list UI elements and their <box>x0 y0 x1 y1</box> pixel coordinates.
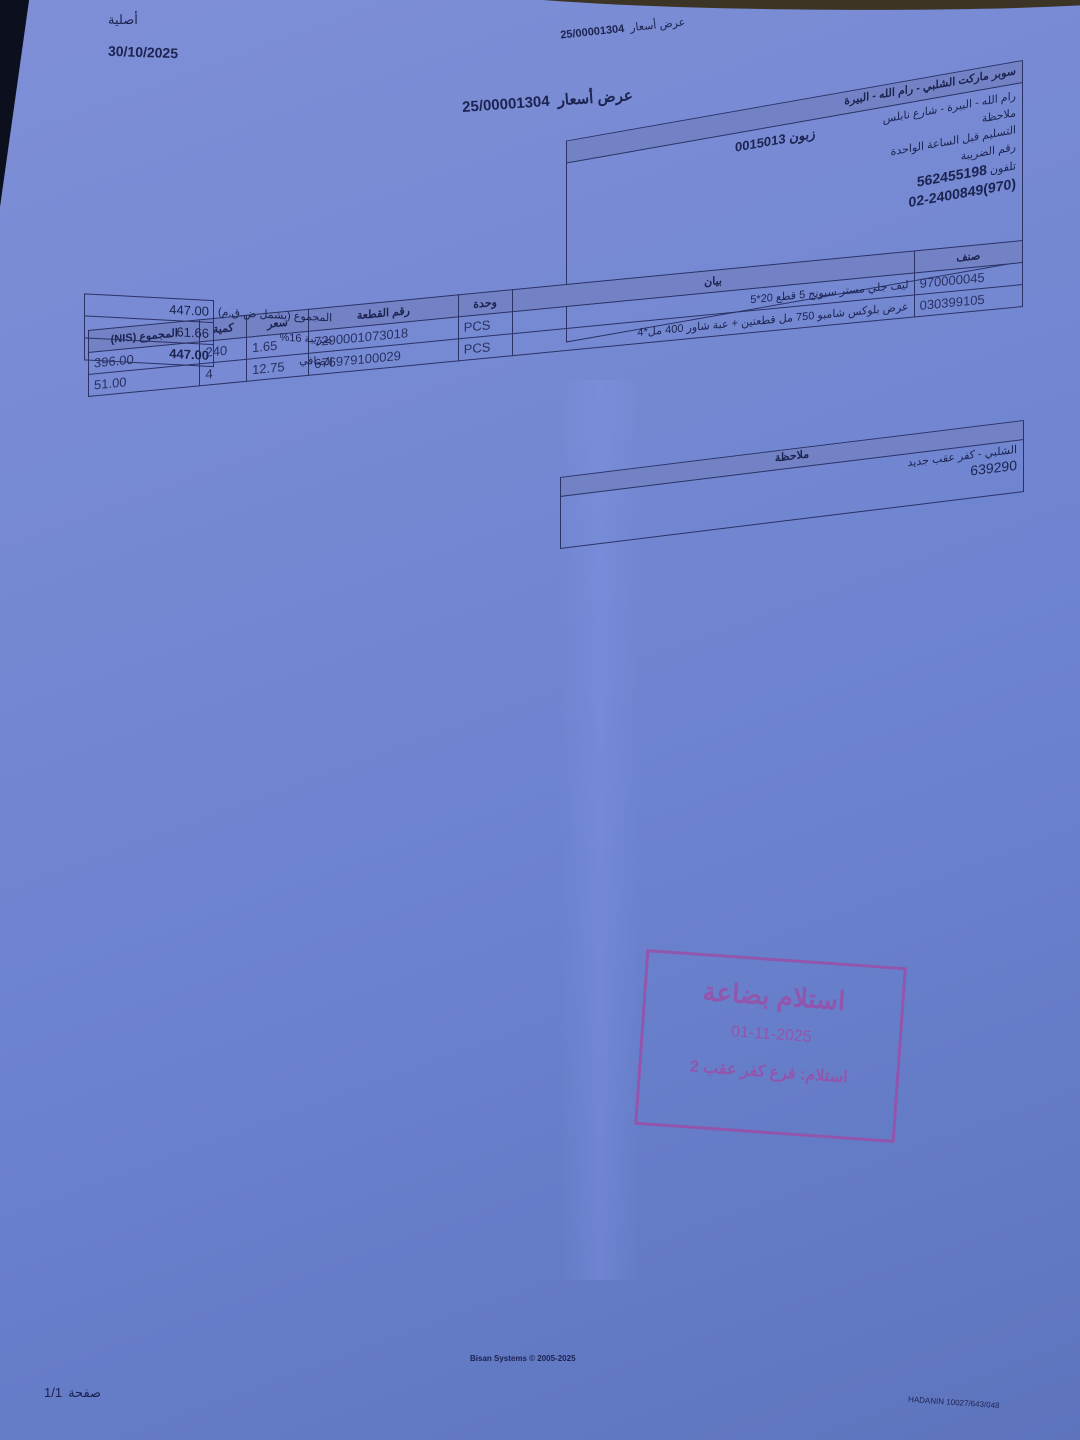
customer-account-label: زبون <box>789 126 815 146</box>
footer-copyright: Bisan Systems © 2005-2025 <box>470 1354 576 1363</box>
receipt-stamp: استلام بضاعة 01-11-2025 استلام: فرع كفر … <box>634 949 907 1143</box>
page-label: صفحة <box>68 1385 101 1400</box>
stamp-title: استلام بضاعة <box>646 972 903 1021</box>
title-number: 25/00001304 <box>462 93 551 116</box>
document-title: 25/00001304عرض أسعار <box>462 86 634 116</box>
stamp-date: 01-11-2025 <box>643 1017 899 1053</box>
page-number: 1/1صفحة <box>38 1385 101 1401</box>
header-ref-label: عرض أسعار <box>630 16 686 34</box>
stamp-branch: استلام: فرع كفر عقب 2 <box>641 1053 897 1091</box>
title-label: عرض أسعار <box>557 87 633 109</box>
header-ref-number: 25/00001304 <box>560 23 625 42</box>
page-value: 1/1 <box>44 1385 62 1400</box>
header-reference: 25/00001304عرض أسعار <box>560 15 686 41</box>
copy-label: أصلية <box>108 12 138 28</box>
item-unit: PCS <box>458 334 512 361</box>
footer-code: HADANIN 10027/643/048 <box>908 1395 1000 1410</box>
quotation-page: أصلية 30/10/2025 25/00001304عرض أسعار 25… <box>0 0 1080 1440</box>
customer-phone-label: تلفون <box>990 160 1016 177</box>
document-date: 30/10/2025 <box>108 43 179 61</box>
totals-table: 447.00 المجموع (يشمل ض.ق.م) 61.66 ضريبة … <box>84 293 337 373</box>
